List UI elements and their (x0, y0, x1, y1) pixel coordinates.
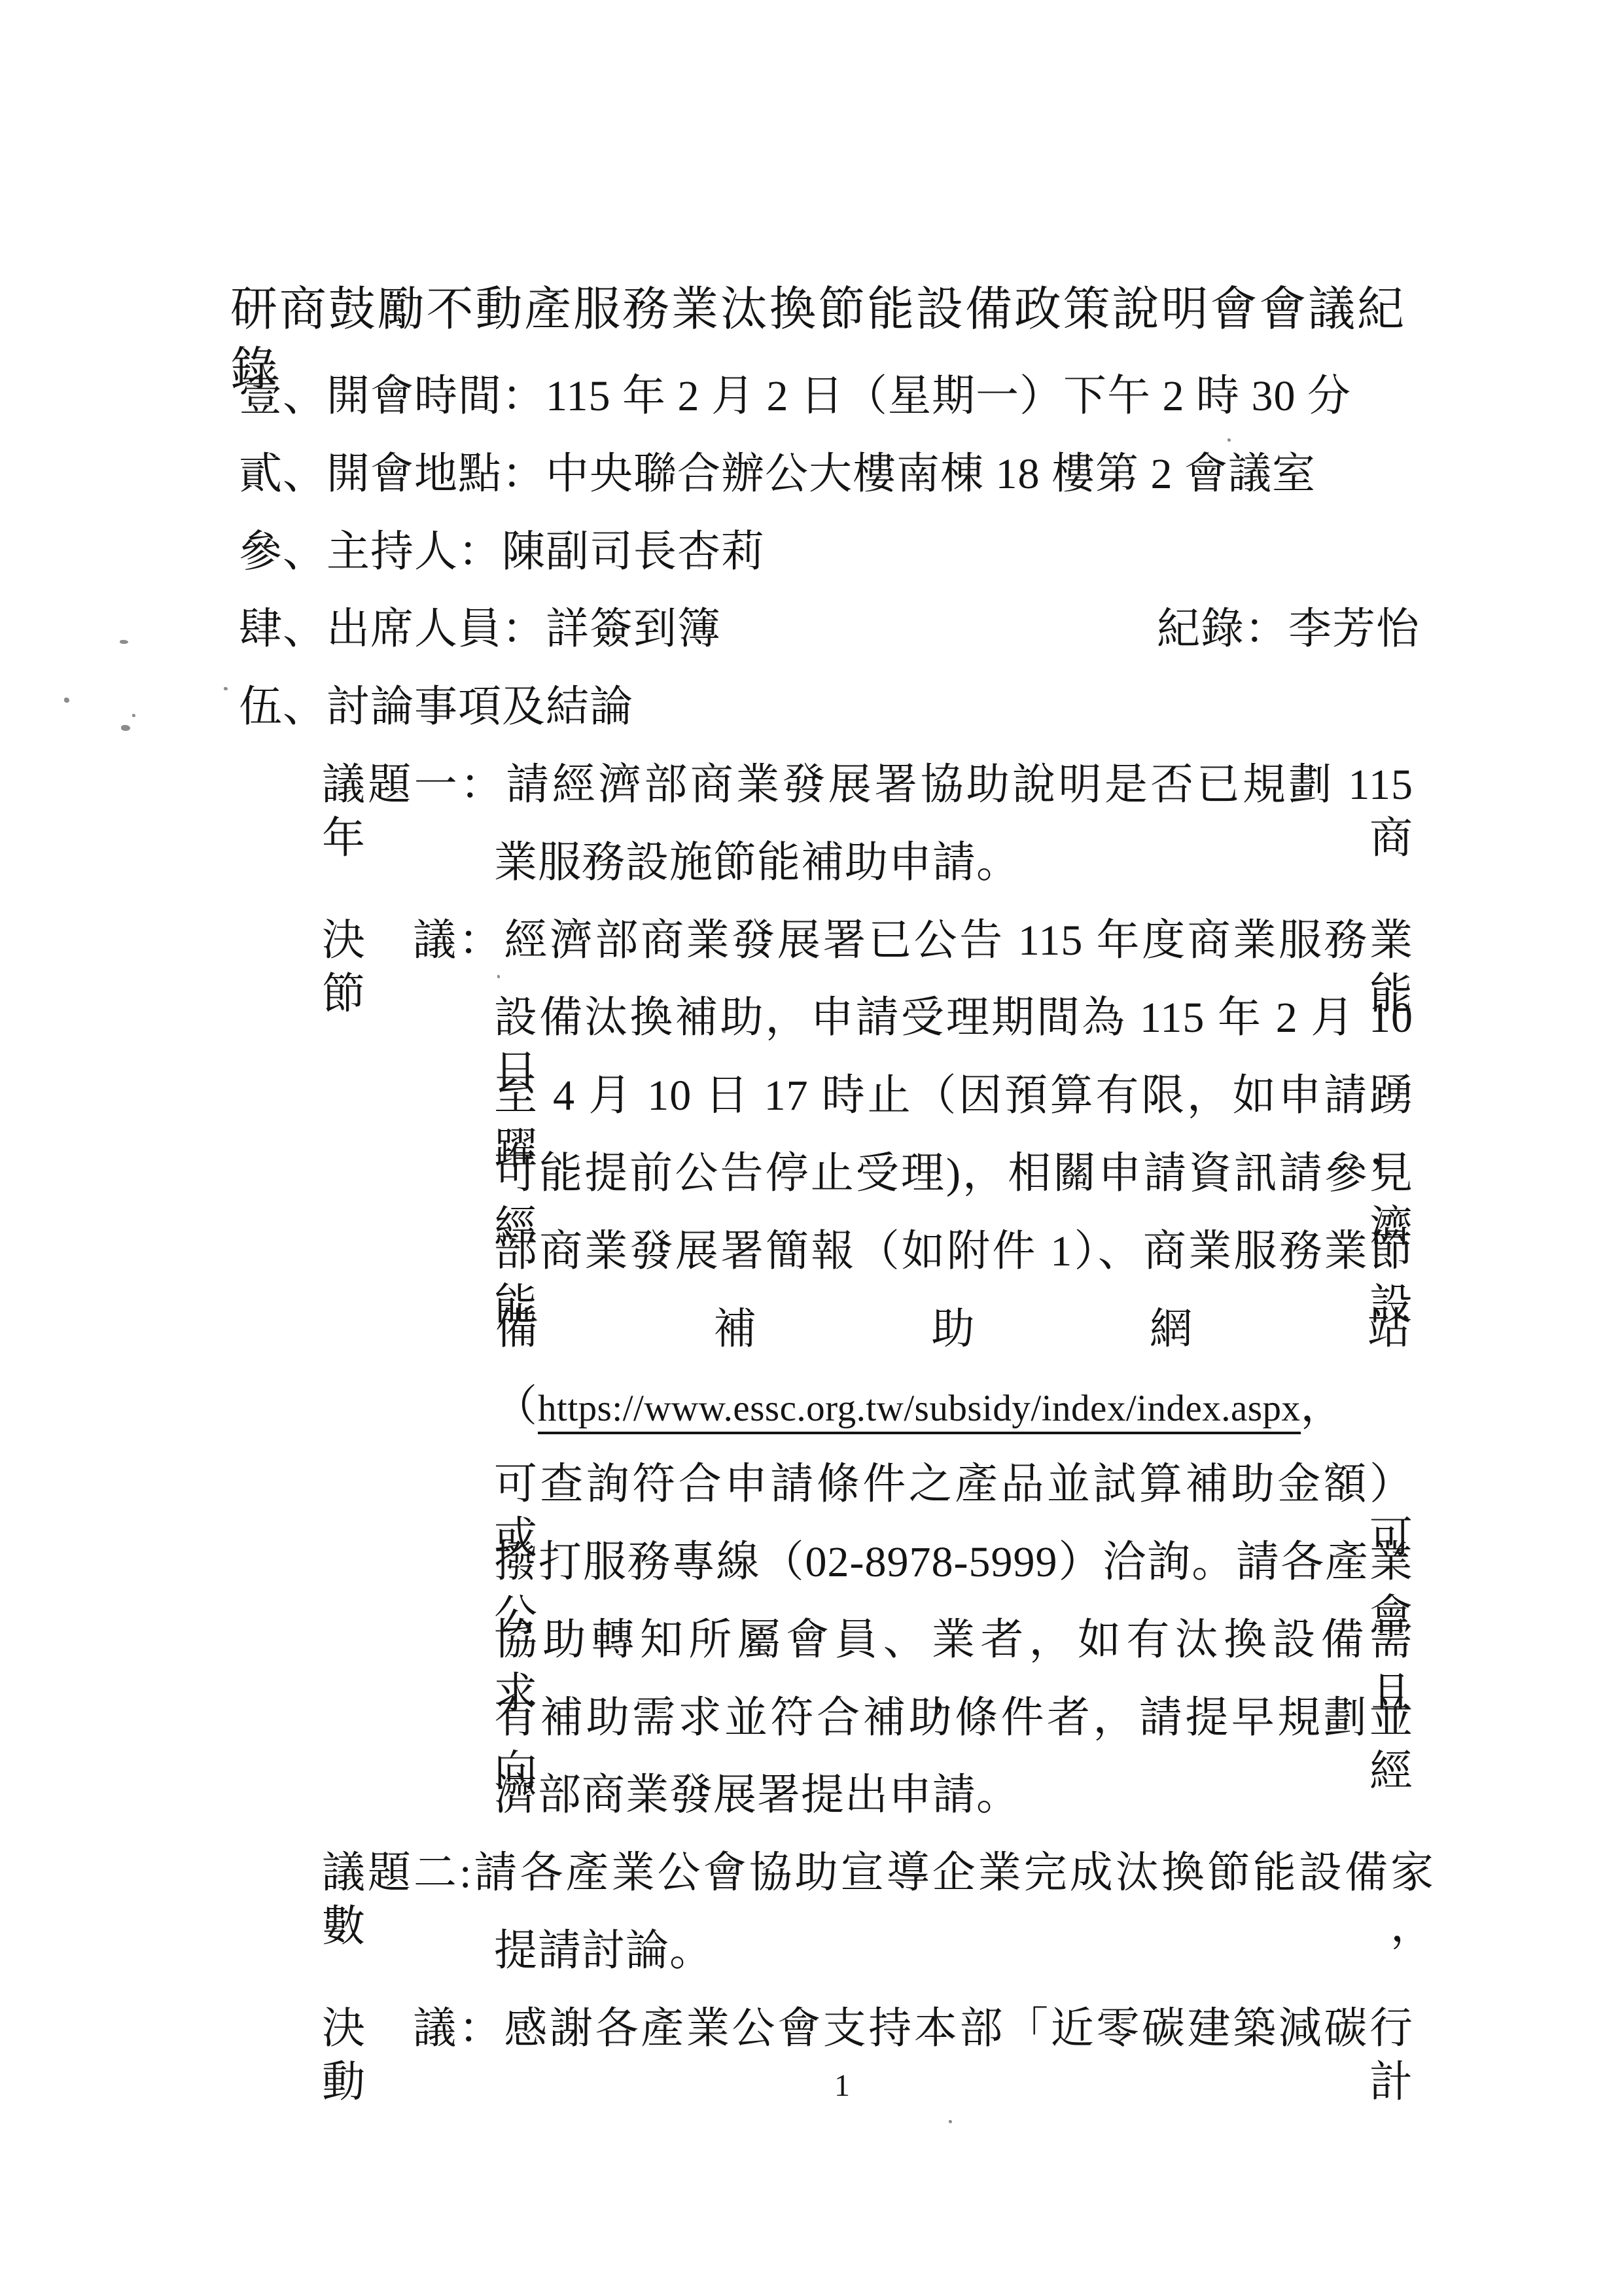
meeting-place-line: 貳、開會地點：中央聯合辦公大樓南棟 18 樓第 2 會議室 (239, 448, 1316, 501)
topic2-line1: 議題二:請各產業公會協助宣導企業完成汰換節能設備家數， (322, 1846, 1434, 1900)
scan-speck (224, 687, 228, 690)
scan-speck (497, 975, 500, 978)
meeting-time-line: 壹、開會時間：115 年 2 月 2 日（星期一）下午 2 時 30 分 (239, 370, 1351, 423)
document-title: 研商鼓勵不動產服務業汰換節能設備政策說明會會議紀錄 (230, 279, 1405, 340)
resolution1-line2: 設備汰換補助，申請受理期間為 115 年 2 月 10 日 (494, 991, 1413, 1045)
meeting-chair-line: 參、主持人：陳副司長杏莉 (239, 525, 765, 579)
meeting-recorder-label: 紀錄：李芳怡 (1157, 603, 1420, 656)
subsidy-website-line: （https://www.essc.org.tw/subsidy/index/i… (494, 1380, 1345, 1434)
resolution1-line10: 協助轉知所屬會員、業者，如有汰換設備需求，且 (494, 1614, 1413, 1667)
open-paren: （ (494, 1383, 538, 1430)
scan-speck (64, 698, 69, 703)
resolution1-line8: 可查詢符合申請條件之產品並試算補助金額）或可 (494, 1458, 1413, 1511)
spread-char: 備 (495, 1303, 539, 1356)
resolution1-line12: 濟部商業發展署提出申請。 (494, 1769, 1020, 1822)
scan-speck (723, 1031, 726, 1033)
scanned-meeting-minutes-page: 研商鼓勵不動產服務業汰換節能設備政策說明會會議紀錄 壹、開會時間：115 年 2… (0, 0, 1624, 2296)
trailing-comma: ， (1301, 1383, 1345, 1430)
spread-char: 助 (932, 1303, 976, 1356)
scan-speck (697, 564, 701, 567)
resolution1-spread-line: 備 補 助 網 站 (495, 1303, 1411, 1356)
section-five-heading: 伍、討論事項及結論 (239, 680, 633, 734)
resolution2-line1: 決 議：感謝各產業公會支持本部「近零碳建築減碳行動計 (322, 2002, 1413, 2056)
resolution1-line5: 部商業發展署簡報（如附件 1）、商業服務業節能設 (494, 1225, 1413, 1279)
scan-speck (949, 2120, 952, 2123)
resolution1-line11: 有補助需求並符合補助條件者，請提早規劃並向經 (494, 1691, 1413, 1745)
topic1-line2: 業服務設施節能補助申請。 (494, 836, 1020, 890)
scan-speck (120, 640, 128, 644)
scan-speck (1227, 438, 1231, 442)
spread-char: 網 (1150, 1303, 1193, 1356)
spread-char: 站 (1368, 1303, 1411, 1356)
resolution1-line9: 撥打服務專線（02-8978-5999）洽詢。請各產業公會 (494, 1536, 1413, 1589)
subsidy-website-url: https://www.essc.org.tw/subsidy/index/in… (538, 1388, 1301, 1434)
resolution1-line3: 至 4 月 10 日 17 時止（因預算有限，如申請踴躍， (494, 1069, 1413, 1123)
meeting-attendees-line: 肆、出席人員：詳簽到簿 (239, 603, 721, 656)
resolution1-line1: 決 議：經濟部商業發展署已公告 115 年度商業服務業節能 (322, 914, 1413, 968)
topic2-line2: 提請討論。 (494, 1924, 713, 1978)
resolution1-line4: 可能提前公告停止受理)，相關申請資訊請參見經濟 (494, 1147, 1413, 1201)
spread-char: 補 (713, 1303, 757, 1356)
topic1-line1: 議題一：請經濟部商業發展署協助說明是否已規劃 115 年商 (322, 758, 1413, 812)
scan-speck (132, 714, 135, 717)
scan-speck (121, 725, 130, 731)
page-number: 1 (819, 2068, 865, 2104)
